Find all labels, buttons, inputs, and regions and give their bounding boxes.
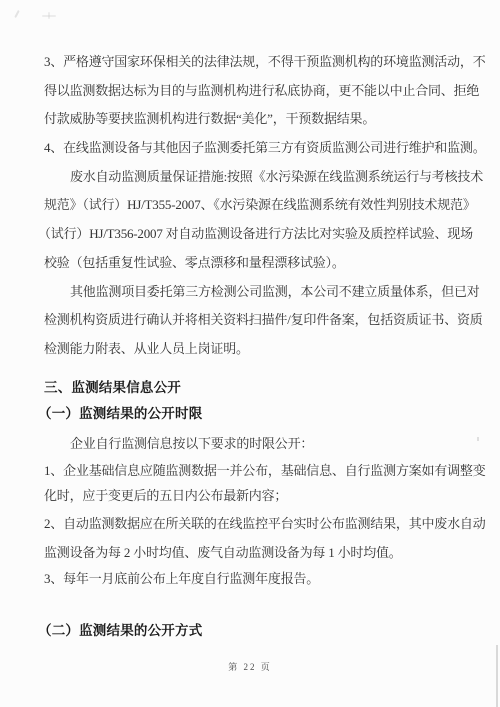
body-line: （试行）HJ/T356-2007 对自动监测设备进行方法比对实验及质控样试验、现… [38,225,473,242]
subsection-heading: （一）监测结果的公开时限 [38,405,202,422]
body-line: 企业自行监测信息按以下要求的时限公开： [70,435,313,452]
body-line: 规范》（试行）HJ/T355-2007、《水污染源在线监测系统有效性判别技术规范… [44,196,476,213]
body-line: 其他监测项目委托第三方检测公司监测，本公司不建立质量体系，但已对 [70,283,480,300]
body-line: 检测机构资质进行确认并将相关资料扫描件/复印件备案，包括资质证书、资质 [44,311,483,328]
body-line: 校验（包括重复性试验、零点漂移和量程漂移试验）。 [44,254,345,271]
body-line: 化时，应于变更后的五日内公布最新内容； [44,487,287,504]
body-line: 4、在线监测设备与其他因子监测委托第三方有资质监测公司进行维护和监测。 [44,139,486,156]
document-page: 3、严格遵守国家环保相关的法律法规，不得干预监测机构的环境监测活动，不 得以监测… [0,0,500,707]
subsection-heading: （二）监测结果的公开方式 [38,622,202,639]
body-line: 2、自动监测数据应在所关联的在线监控平台实时公布监测结果，其中废水自动 [44,515,486,532]
scan-artifact [14,10,20,18]
scan-edge-line [496,645,498,707]
section-heading: 三、监测结果信息公开 [44,379,181,396]
body-line: 1、企业基础信息应随监测数据一并公布，基础信息、自行监测方案如有调整变 [44,462,486,479]
body-line: 得以监测数据达标为目的与监测机构进行私底协商，更不能以中止合同、拒绝 [44,82,479,99]
body-line: 3、严格遵守国家环保相关的法律法规，不得干预监测机构的环境监测活动，不 [44,53,486,70]
body-line: 付款威胁等要挟监测机构进行数据“美化”，干预数据结果。 [44,110,375,127]
body-line: 3、每年一月底前公布上年度自行监测年度报告。 [44,570,319,587]
scan-artifact [477,437,479,441]
page-number: 第 22 页 [0,660,500,673]
body-line: 监测设备为每 2 小时均值、废气自动监测设备为每 1 小时均值。 [44,544,402,561]
scan-artifact [48,12,50,19]
body-line: 检测能力附表、从业人员上岗证明。 [44,340,249,357]
body-line: 废水自动监测质量保证措施:按照《水污染源在线监测系统运行与考核技术 [70,168,483,185]
